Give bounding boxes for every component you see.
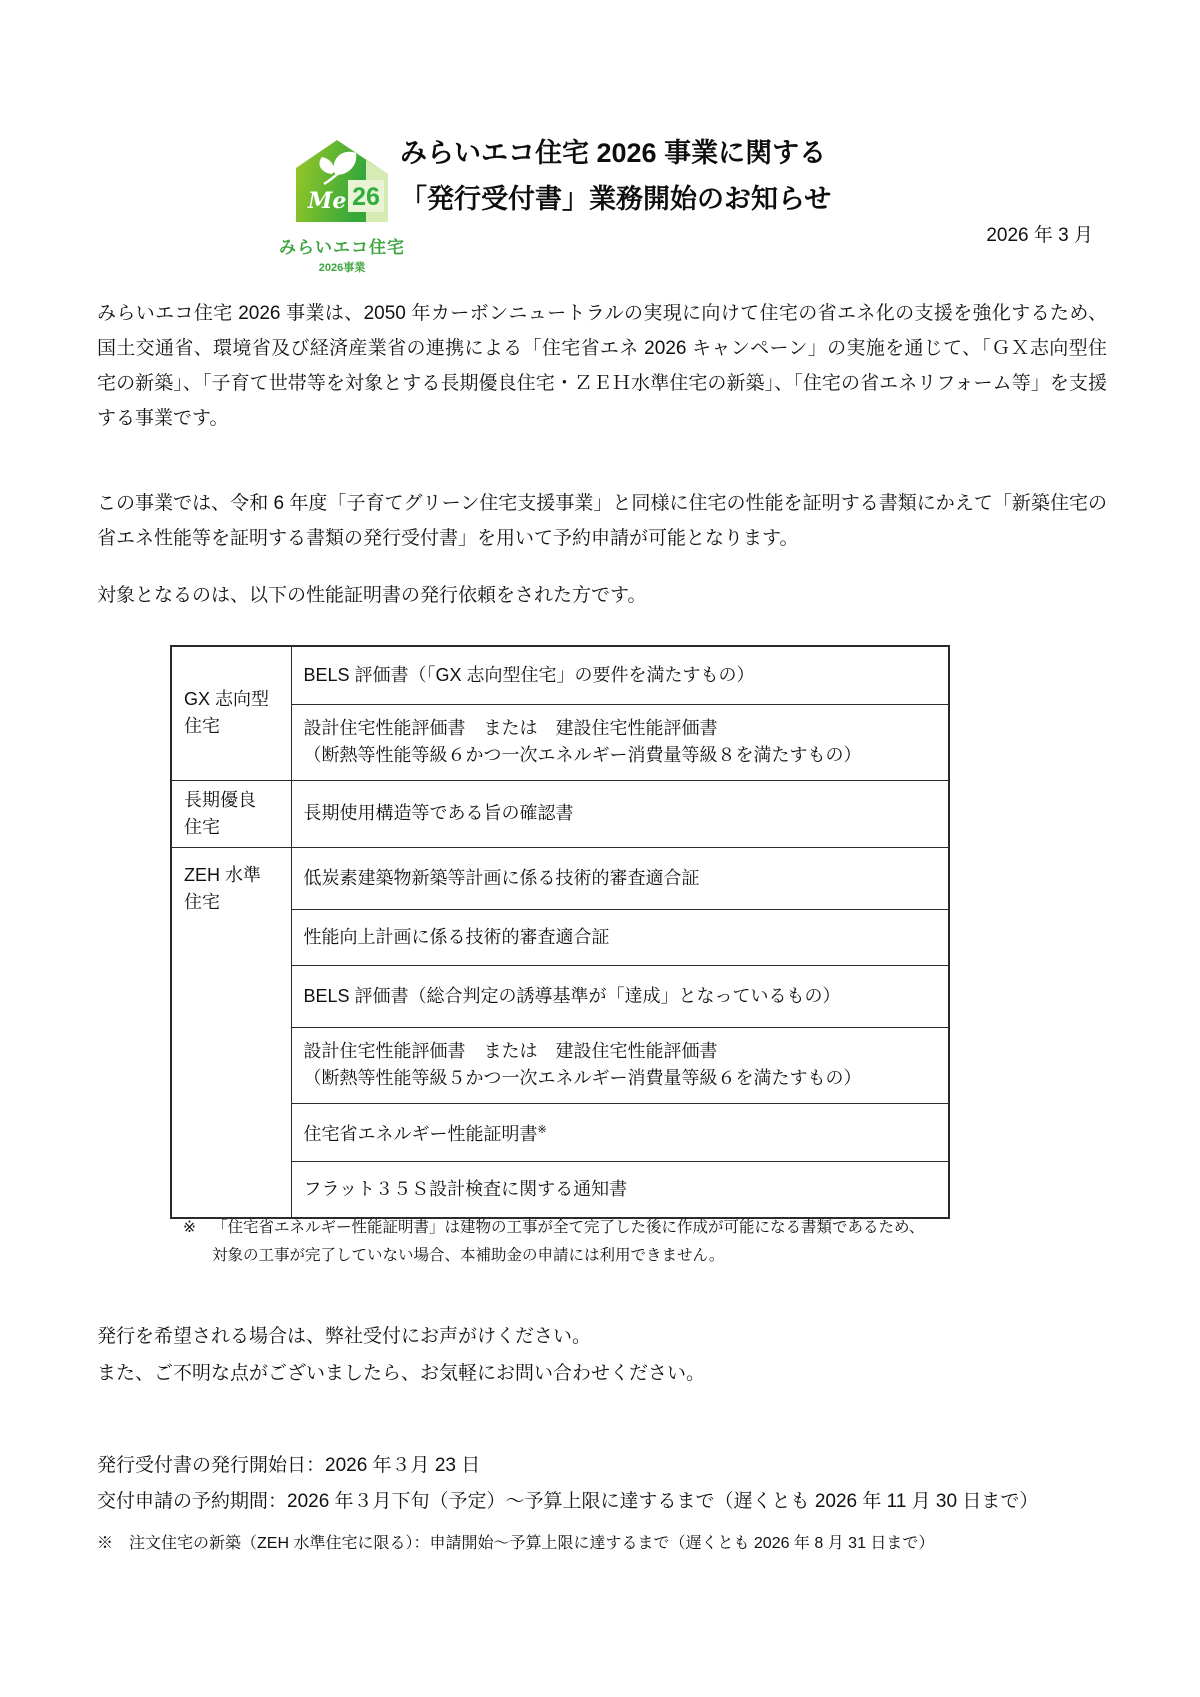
cell-teitanso: 低炭素建築物新築等計画に係る技術的審査適合証 <box>291 847 949 909</box>
intro-paragraph: みらいエコ住宅 2026 事業は、2050 年カーボンニュートラルの実現に向けて… <box>97 296 1107 436</box>
cell-hyokasho-zeh: 設計住宅性能評価書 または 建設住宅性能評価書 （断熱等性能等級５かつ一次エネル… <box>291 1027 949 1103</box>
cell-bels-gx: BELS 評価書（「GX 志向型住宅」の要件を満たすもの） <box>291 646 949 704</box>
cell-flat35s: フラット３５Ｓ設計検査に関する通知書 <box>291 1161 949 1218</box>
cell-shoene-shoumeisho: 住宅省エネルギー性能証明書※ <box>291 1103 949 1161</box>
program-logo: 26 Me みらいエコ住宅 2026事業 <box>276 136 408 275</box>
logo-program-name: みらいエコ住宅 <box>276 233 408 258</box>
closing-line-1: 発行を希望される場合は、弊社受付にお声がけください。 <box>97 1318 1107 1355</box>
target-paragraph: 対象となるのは、以下の性能証明書の発行依頼をされた方です。 <box>97 578 1107 613</box>
table-row: ZEH 水準 住宅 低炭素建築物新築等計画に係る技術的審査適合証 <box>171 847 949 909</box>
category-zeh: ZEH 水準 住宅 <box>171 847 291 1218</box>
cell-seinou-koujou: 性能向上計画に係る技術的審査適合証 <box>291 909 949 965</box>
cell-bels-zeh: BELS 評価書（総合判定の誘導基準が「達成」となっているもの） <box>291 965 949 1027</box>
document-title: みらいエコ住宅 2026 事業に関する 「発行受付書」業務開始のお知らせ <box>400 130 831 222</box>
title-line-2: 「発行受付書」業務開始のお知らせ <box>400 176 831 222</box>
cell-chouki: 長期使用構造等である旨の確認書 <box>291 780 949 847</box>
closing-line-2: また、ご不明な点がございましたら、お気軽にお問い合わせください。 <box>97 1355 1107 1392</box>
eco-house-logo-icon: 26 Me <box>283 136 401 226</box>
closing-paragraph: 発行を希望される場合は、弊社受付にお声がけください。 また、ご不明な点がございま… <box>97 1318 1107 1392</box>
reservation-paragraph: この事業では、令和 6 年度「子育てグリーン住宅支援事業」と同様に住宅の性能を証… <box>97 486 1107 556</box>
table-row: 長期優良 住宅 長期使用構造等である旨の確認書 <box>171 780 949 847</box>
category-gx: GX 志向型 住宅 <box>171 646 291 780</box>
table-footnote: ※ 「住宅省エネルギー性能証明書」は建物の工事が全て完了した後に作成が可能になる… <box>183 1214 1023 1270</box>
certificate-table: GX 志向型 住宅 BELS 評価書（「GX 志向型住宅」の要件を満たすもの） … <box>170 645 950 1219</box>
cell-hyokasho-gx: 設計住宅性能評価書 または 建設住宅性能評価書 （断熱等性能等級６かつ一次エネル… <box>291 704 949 780</box>
table-row: GX 志向型 住宅 BELS 評価書（「GX 志向型住宅」の要件を満たすもの） <box>171 646 949 704</box>
footnote-marker-sup: ※ <box>538 1124 547 1136</box>
cell-shoene-text: 住宅省エネルギー性能証明書 <box>304 1124 538 1144</box>
schedule-note: ※ 注文住宅の新築（ZEH 水準住宅に限る）：申請開始～予算上限に達するまで（遅… <box>97 1526 1127 1562</box>
category-chouki: 長期優良 住宅 <box>171 780 291 847</box>
schedule-info: 発行受付書の発行開始日：2026 年３月 23 日 交付申請の予約期間：2026… <box>97 1448 1127 1562</box>
title-line-1: みらいエコ住宅 2026 事業に関する <box>400 130 831 176</box>
badge-26-number: 26 <box>352 183 380 211</box>
issue-start-date: 発行受付書の発行開始日：2026 年３月 23 日 <box>97 1448 1127 1484</box>
footnote-text: 「住宅省エネルギー性能証明書」は建物の工事が全て完了した後に作成が可能になる書類… <box>212 1214 924 1270</box>
logo-program-year: 2026事業 <box>276 259 408 275</box>
logo-me-script: Me <box>307 188 346 214</box>
document-date: 2026 年 3 月 <box>986 220 1093 247</box>
application-period: 交付申請の予約期間：2026 年３月下旬（予定）～予算上限に達するまで（遅くとも… <box>97 1484 1127 1520</box>
footnote-marker: ※ <box>183 1214 196 1270</box>
